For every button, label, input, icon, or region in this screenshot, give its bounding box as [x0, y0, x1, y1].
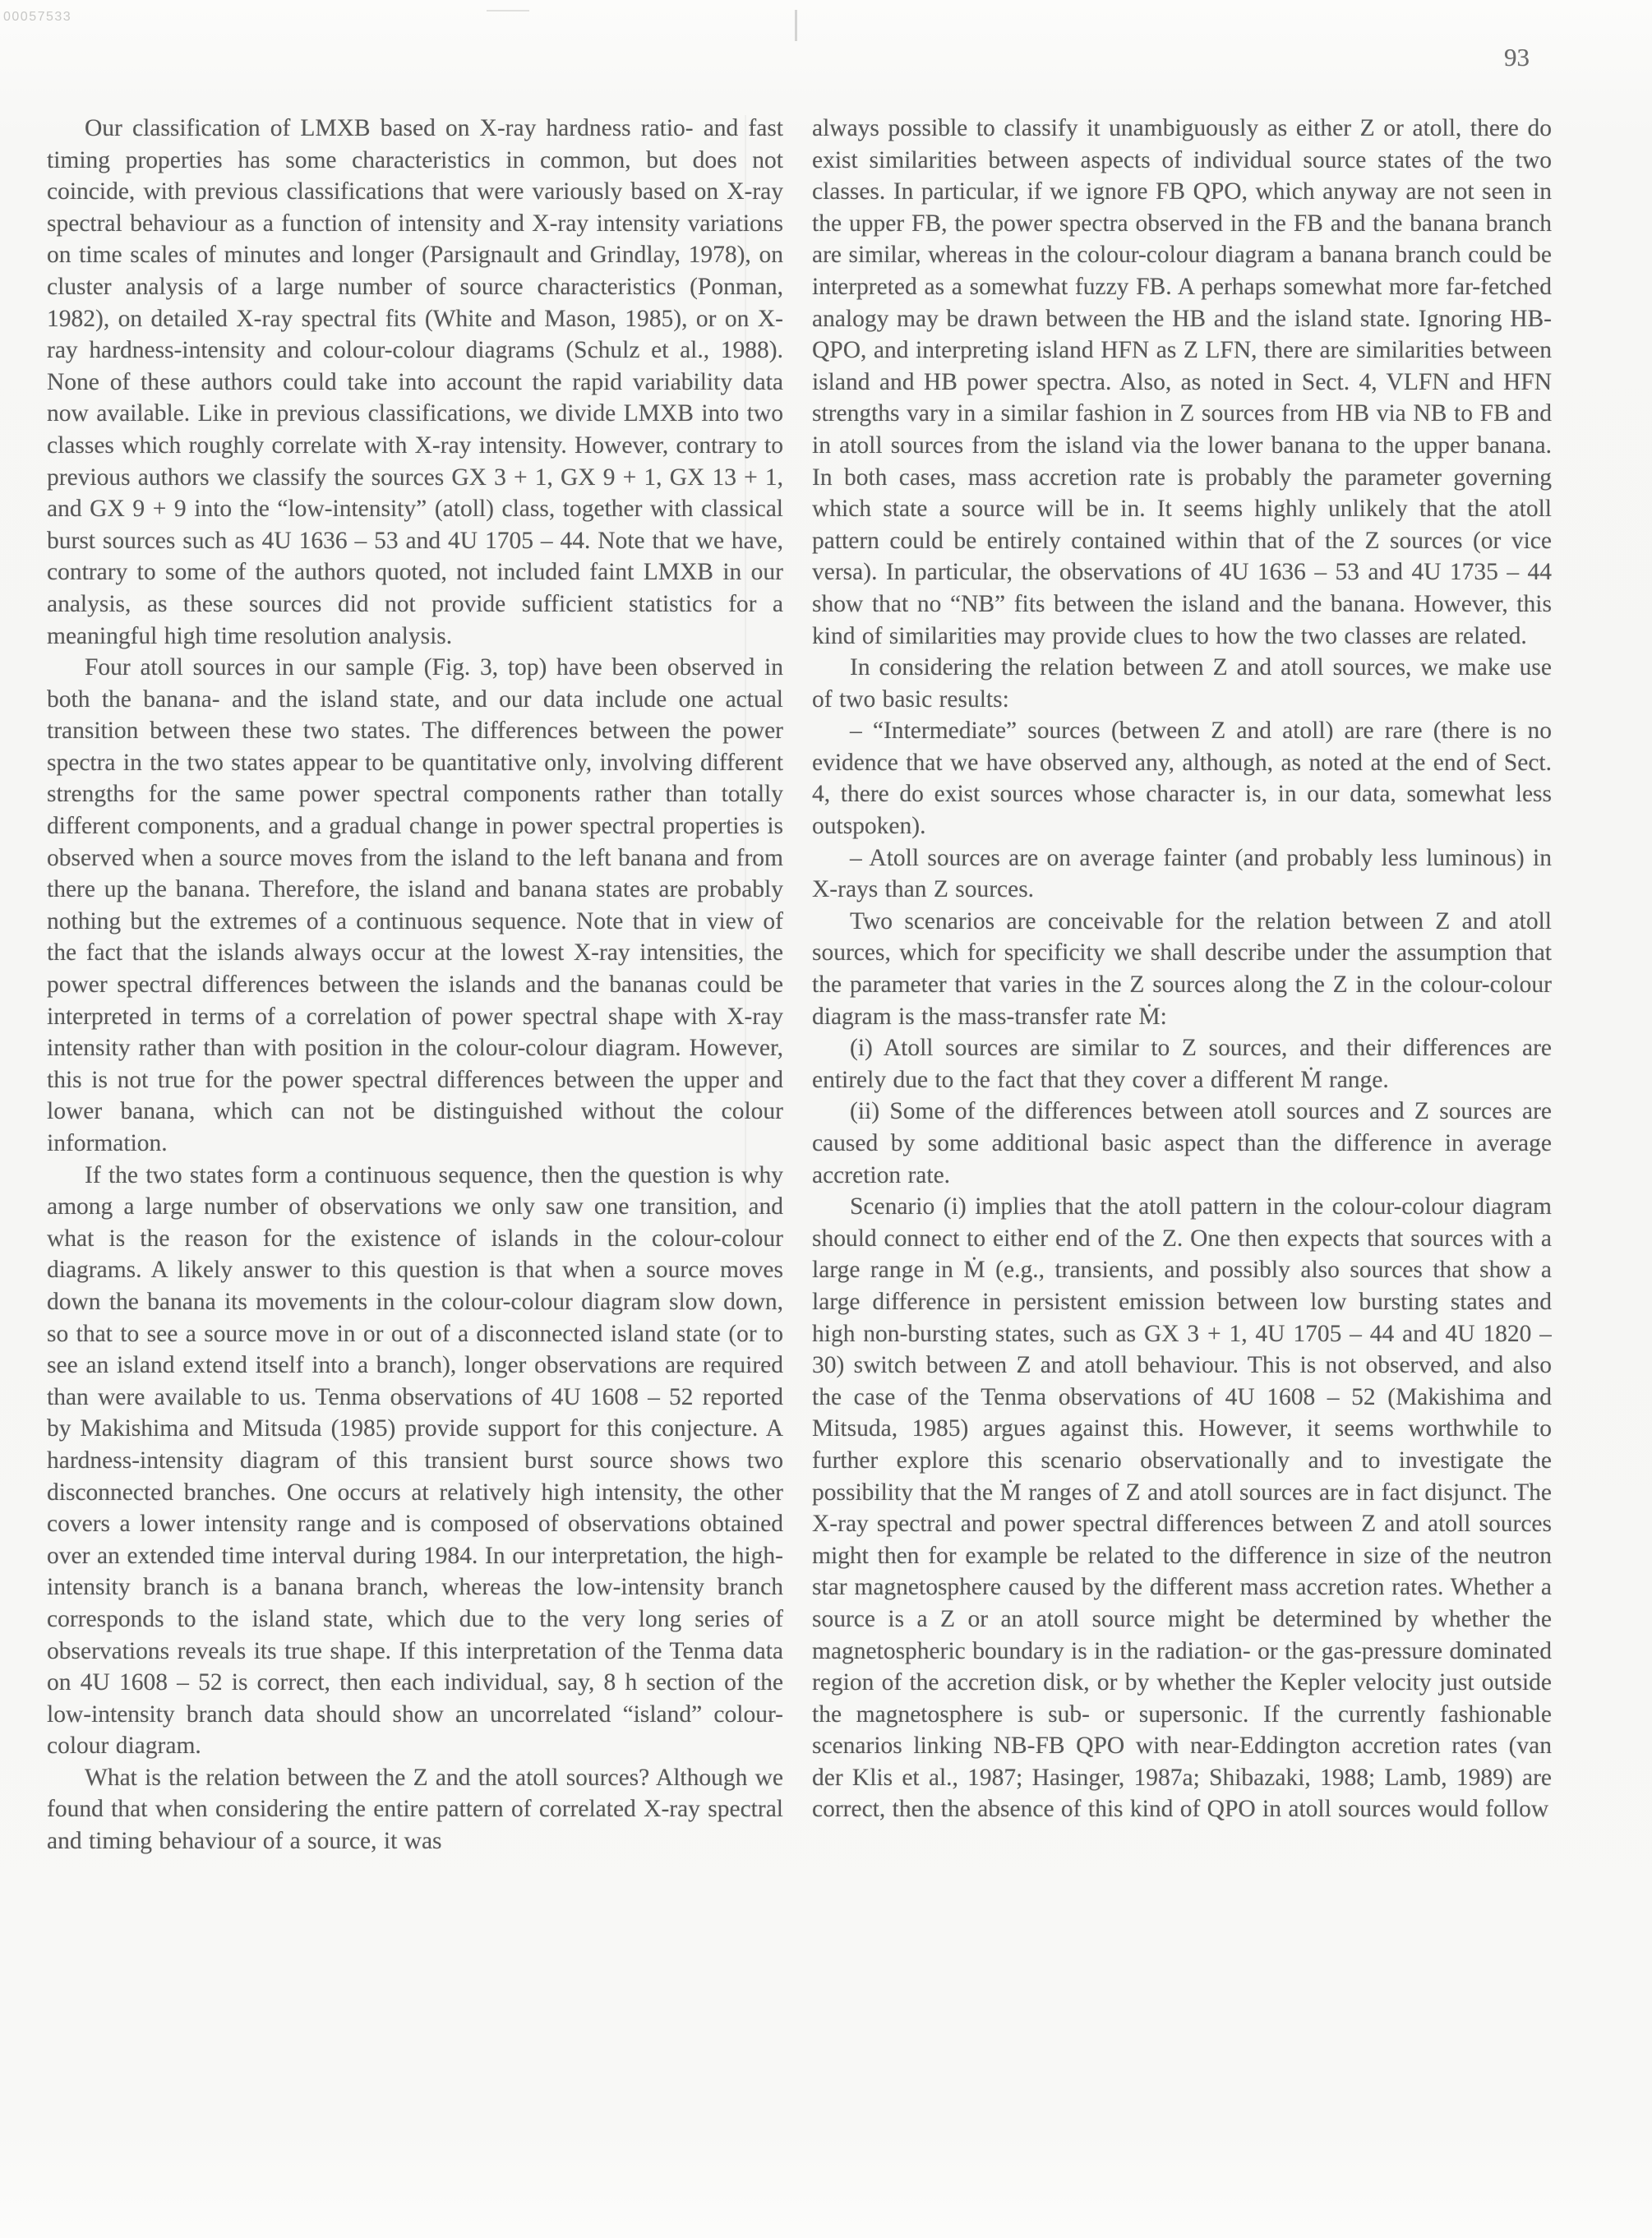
list-item-roman: (i) Atoll sources are similar to Z sourc… [812, 1032, 1552, 1096]
paragraph: Our classification of LMXB based on X-ra… [47, 113, 783, 652]
paragraph: If the two states form a continuous sequ… [47, 1160, 783, 1762]
list-item-roman: (ii) Some of the differences between ato… [812, 1096, 1552, 1191]
list-item-dash: – “Intermediate” sources (between Z and … [812, 715, 1552, 842]
paragraph: always possible to classify it unambiguo… [812, 113, 1552, 652]
scan-artifact [795, 10, 797, 41]
scan-id-label: 00057533 [3, 10, 72, 25]
left-column: Our classification of LMXB based on X-ra… [47, 113, 783, 2126]
paragraph: What is the relation between the Z and t… [47, 1762, 783, 1857]
paragraph: In considering the relation between Z an… [812, 652, 1552, 715]
right-column: always possible to classify it unambiguo… [812, 113, 1552, 2126]
paragraph: Scenario (i) implies that the atoll patt… [812, 1191, 1552, 1825]
page-number: 93 [1504, 43, 1530, 72]
paragraph: Four atoll sources in our sample (Fig. 3… [47, 652, 783, 1160]
scan-artifact [487, 10, 529, 12]
scanned-paper-page: 00057533 93 Our classification of LMXB b… [0, 0, 1652, 2238]
list-item-dash: – Atoll sources are on average fainter (… [812, 842, 1552, 906]
paragraph: Two scenarios are conceivable for the re… [812, 906, 1552, 1032]
